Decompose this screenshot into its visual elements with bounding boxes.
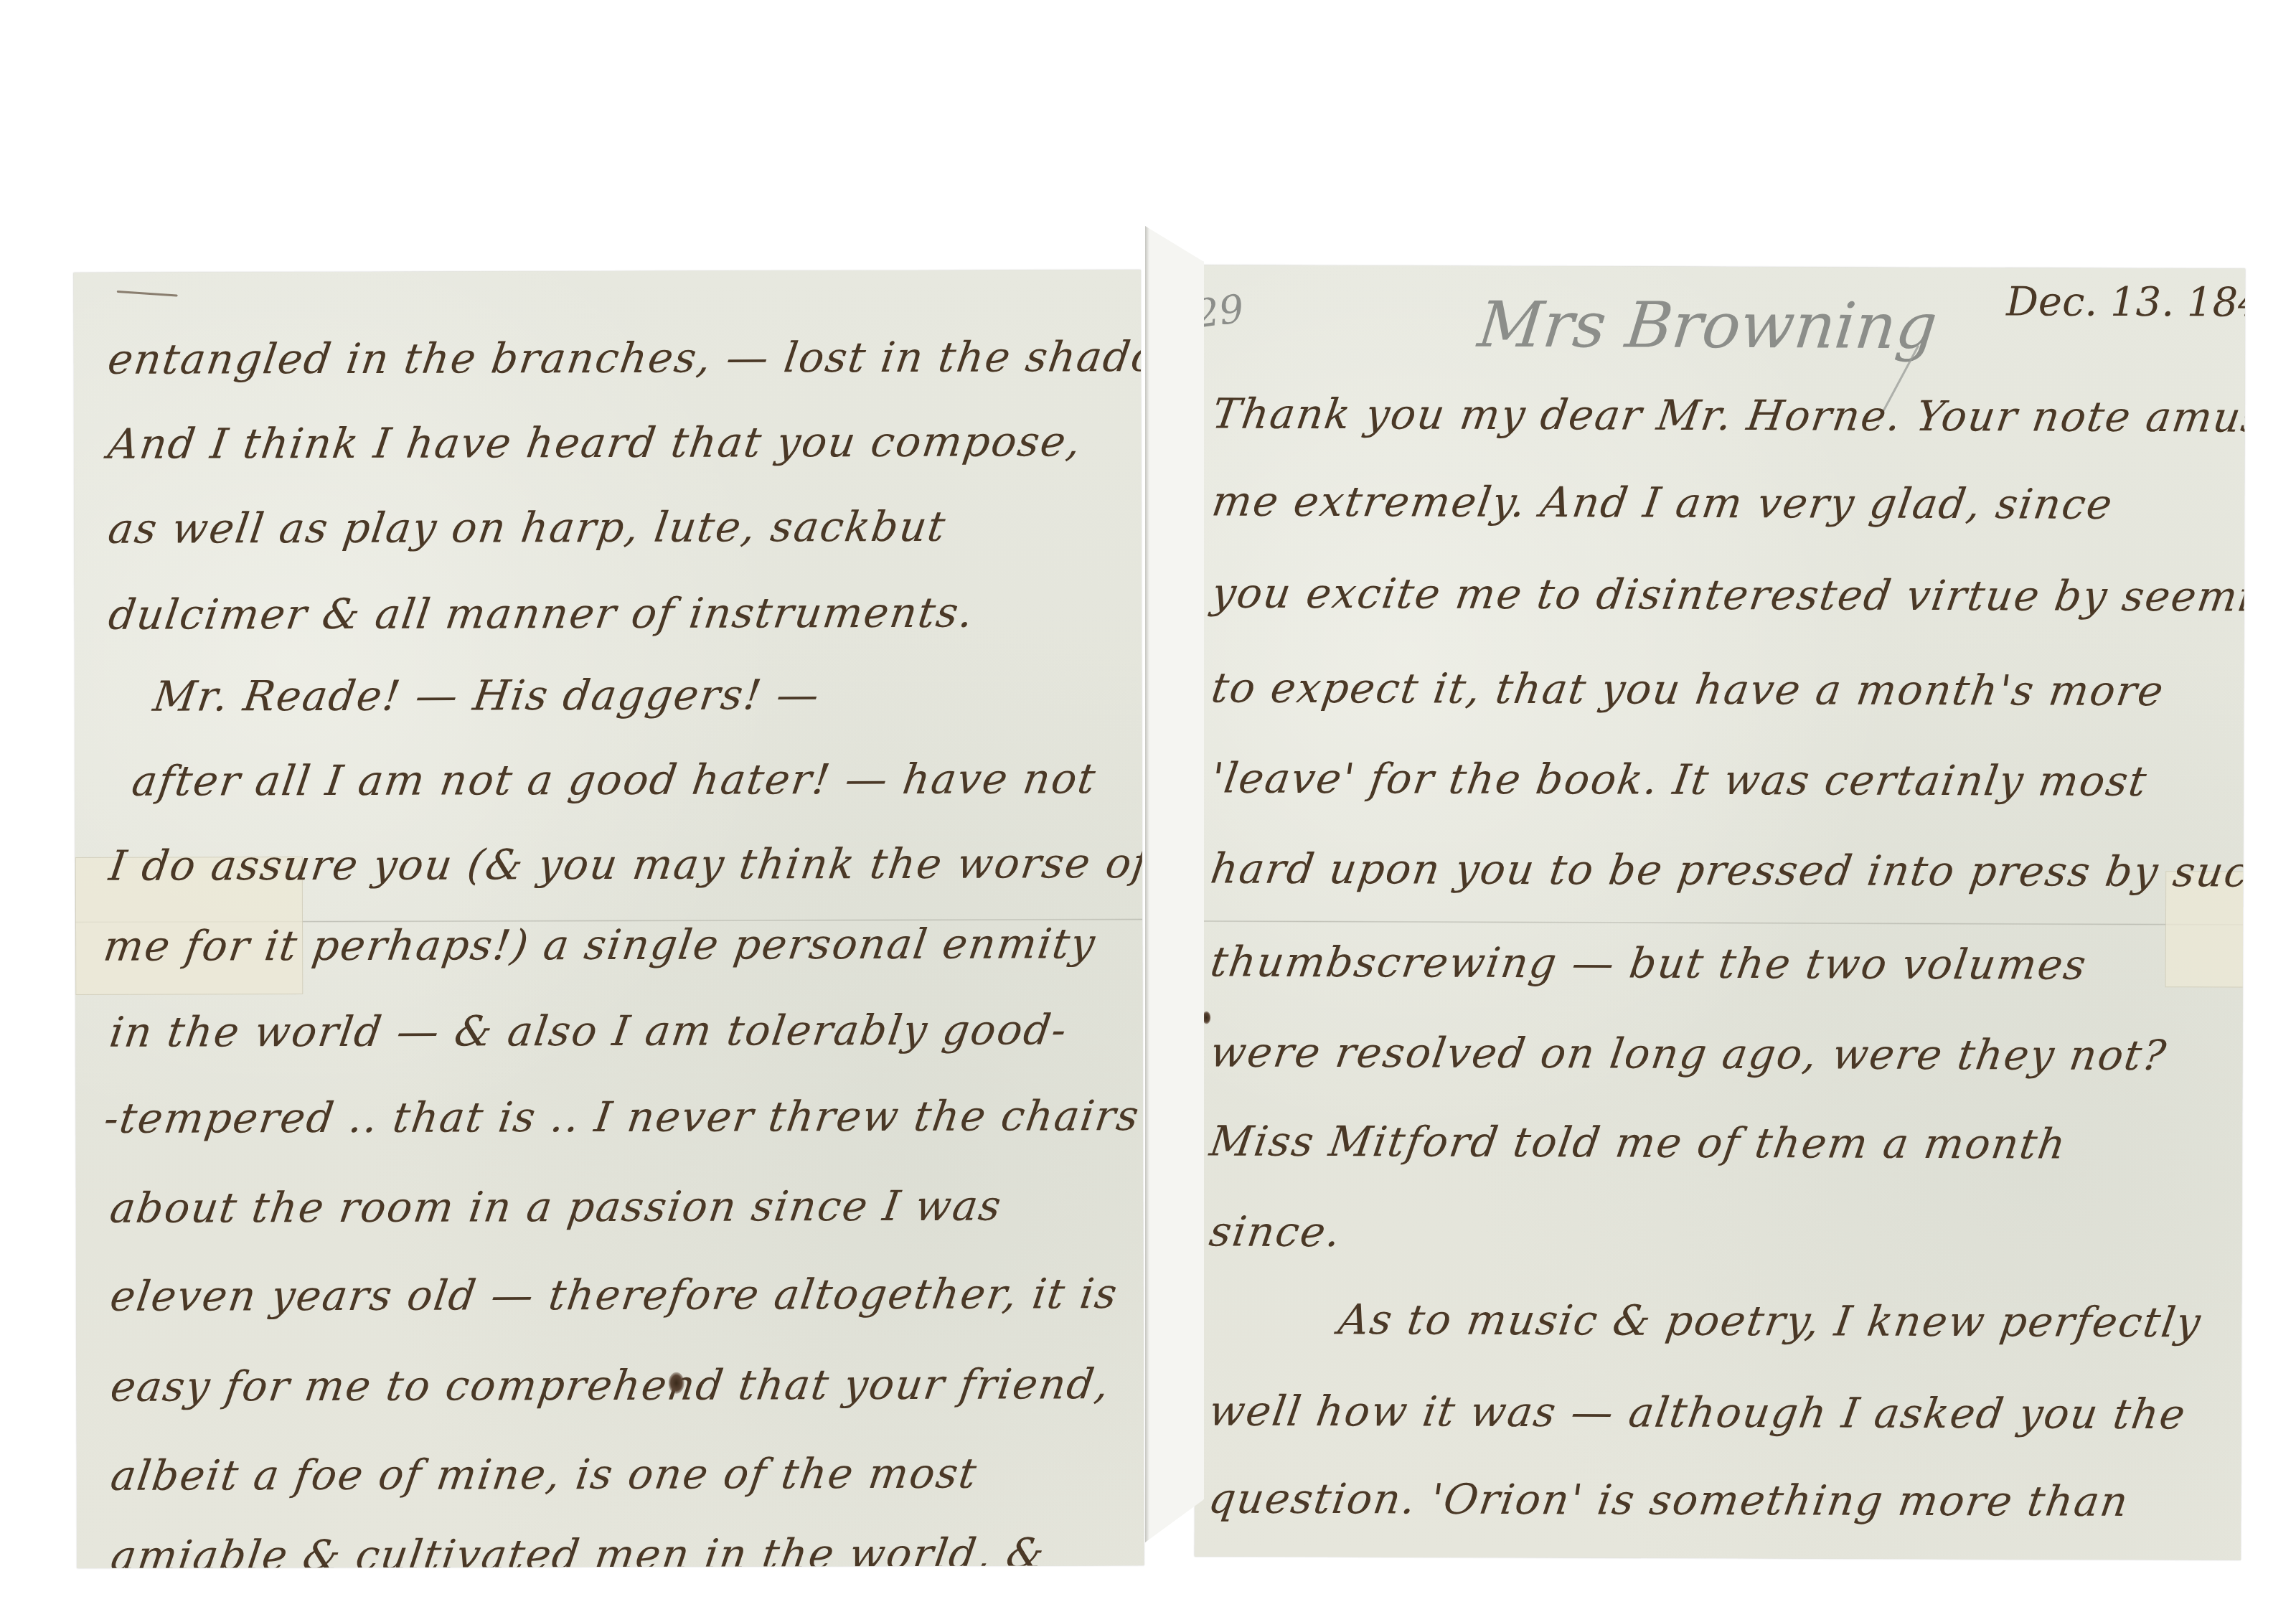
letter-line: me extremely. And I am very glad, since bbox=[1210, 481, 2116, 525]
letter-line: And I think I have heard that you compos… bbox=[105, 420, 1084, 465]
letter-line: you excite me to disinterested virtue by… bbox=[1209, 572, 2245, 618]
letter-line: to expect it, that you have a month's mo… bbox=[1209, 667, 2167, 712]
letter-line: -tempered .. that is .. I never threw th… bbox=[102, 1095, 1143, 1139]
letter-page-right: 29 Mrs Browning Dec. 13. 1843 Thank you … bbox=[1195, 265, 2245, 1560]
letter-line: hard upon you to be pressed into press b… bbox=[1208, 848, 2245, 893]
letter-line: well how it was — although I asked you t… bbox=[1206, 1390, 2189, 1435]
letter-line: were resolved on long ago, were they not… bbox=[1208, 1032, 2170, 1077]
letter-line: me for it perhaps!) a single personal en… bbox=[101, 923, 1098, 967]
letter-line: Thank you my dear Mr. Horne. Your note a… bbox=[1210, 393, 2245, 438]
letter-line: amiable & cultivated men in the world, & bbox=[108, 1532, 1048, 1568]
letter-line: I do assure you (& you may think the wor… bbox=[107, 842, 1144, 887]
letter-line: thumbscrewing — but the two volumes bbox=[1208, 941, 2090, 986]
ink-stroke-mark bbox=[117, 291, 178, 297]
letter-line: question. 'Orion' is something more than bbox=[1206, 1478, 2132, 1522]
letter-line: albeit a foe of mine, is one of the most bbox=[108, 1453, 980, 1496]
letter-line: after all I am not a good hater! — have … bbox=[129, 758, 1098, 802]
letter-line: 'leave' for the book. It was certainly m… bbox=[1208, 758, 2150, 803]
letter-line: As to music & poetry, I knew perfectly bbox=[1336, 1298, 2204, 1343]
ink-blot bbox=[669, 1372, 684, 1394]
letter-date: Dec. 13. 1843 bbox=[2006, 282, 2245, 323]
letter-line: entangled in the branches, — lost in the… bbox=[105, 336, 1144, 380]
strip-shadow-left bbox=[1145, 226, 1149, 1542]
mounting-strip bbox=[1145, 226, 1204, 1542]
letter-line: Miss Mitford told me of them a month bbox=[1208, 1121, 2069, 1165]
pencil-annotation: Mrs Browning bbox=[1475, 293, 1940, 358]
letter-line: as well as play on harp, lute, sackbut bbox=[106, 506, 949, 550]
letter-page-left: entangled in the branches, — lost in the… bbox=[74, 270, 1144, 1568]
letter-line: dulcimer & all manner of instruments. bbox=[106, 592, 977, 636]
letter-line: Mr. Reade! — His daggers! — bbox=[151, 674, 823, 717]
letter-line: easy for me to comprehend that your frie… bbox=[108, 1363, 1113, 1408]
letter-line: about the room in a passion since I was bbox=[108, 1185, 1004, 1229]
letter-line: eleven years old — therefore altogether,… bbox=[108, 1273, 1121, 1317]
letter-line: since. bbox=[1207, 1211, 1344, 1253]
letter-line: in the world — & also I am tolerably goo… bbox=[107, 1009, 1070, 1053]
fold-crease bbox=[1197, 920, 2243, 925]
